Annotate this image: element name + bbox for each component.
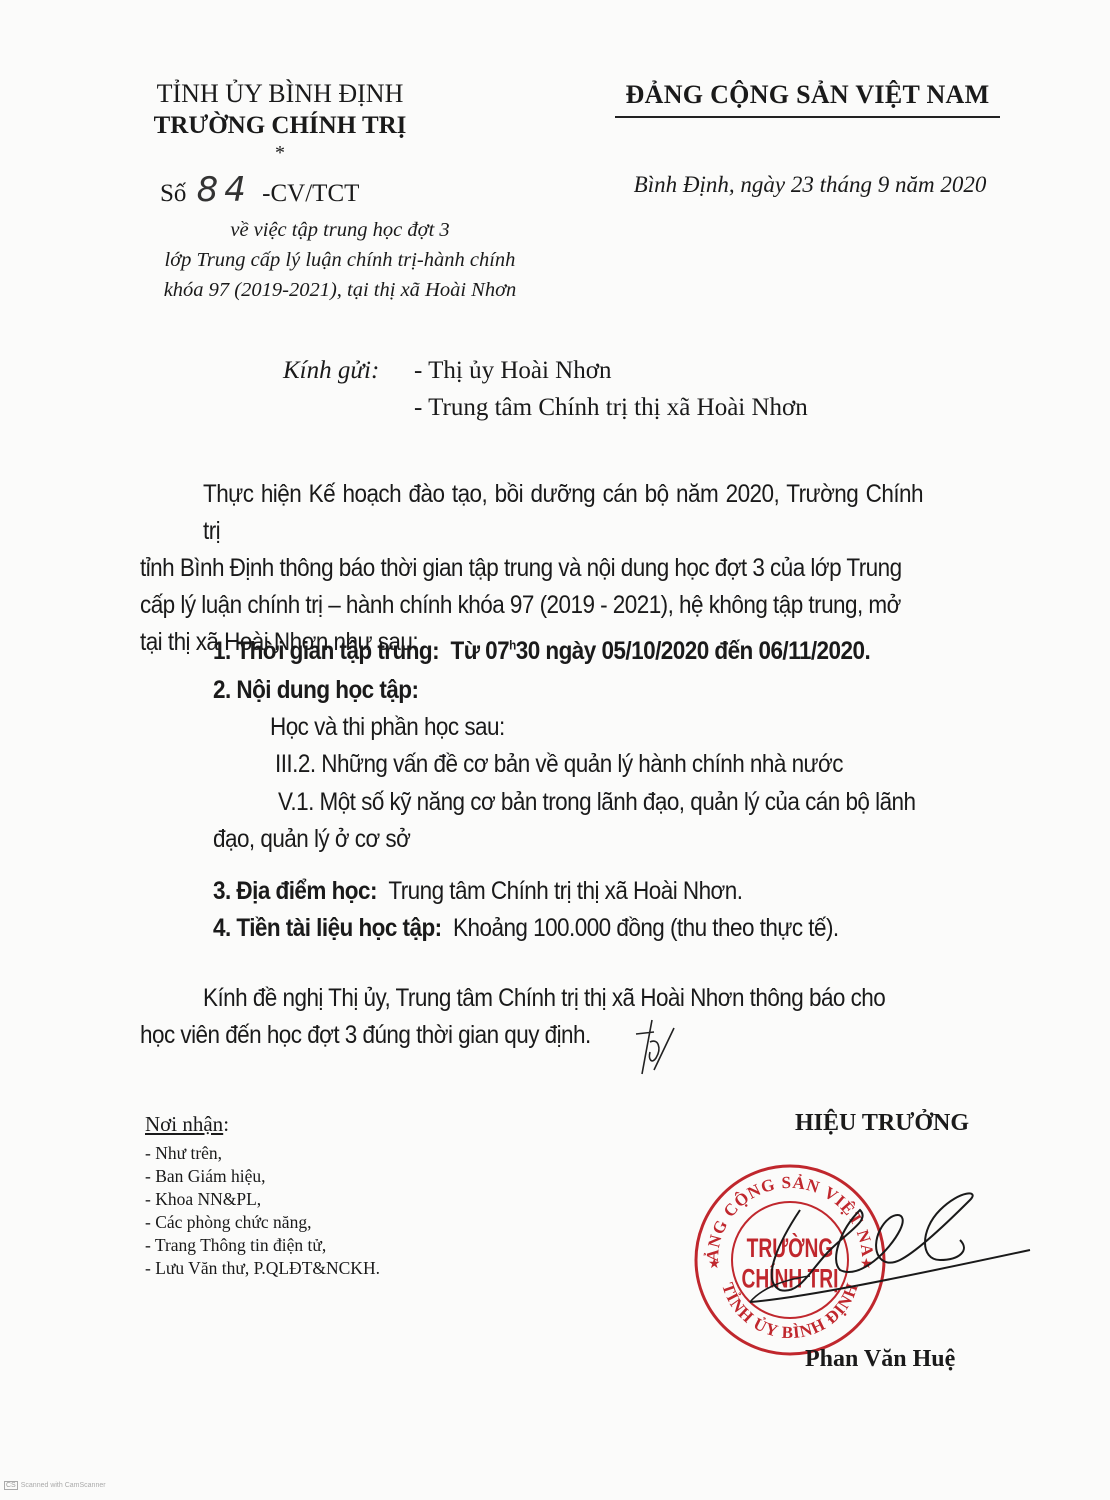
item-time-start: Từ 07 (451, 637, 510, 665)
item-content-label: 2. Nội dung học tập: (213, 676, 418, 705)
item-fee-value: Khoảng 100.000 đồng (thu theo thực tế). (453, 914, 839, 942)
item-location: 3. Địa điểm học: Trung tâm Chính trị thị… (213, 877, 742, 906)
document-date: Bình Định, ngày 23 tháng 9 năm 2020 (600, 172, 1020, 198)
closing-line: học viên đến học đợt 3 đúng thời gian qu… (140, 1017, 923, 1054)
subject-line: lớp Trung cấp lý luận chính trị-hành chí… (120, 245, 560, 275)
recipient-item: - Thị ủy Hoài Nhơn (414, 357, 611, 385)
subject-item-continuation: đạo, quản lý ở cơ sở (213, 825, 410, 854)
stamp-star-left: ★ (708, 1257, 721, 1272)
number-handwritten: 84 (197, 170, 252, 210)
initial-mark-icon (628, 1012, 698, 1082)
document-subject: về việc tập trung học đợt 3 lớp Trung cấ… (120, 215, 560, 305)
subject-line: khóa 97 (2019-2021), tại thị xã Hoài Nhơ… (120, 275, 560, 305)
issuer-block: TỈNH ỦY BÌNH ĐỊNH TRƯỜNG CHÍNH TRỊ * (120, 78, 440, 162)
distribution-item: - Như trên, (145, 1143, 222, 1164)
intro-line: tỉnh Bình Định thông báo thời gian tập t… (140, 550, 923, 587)
recipient-item: - Trung tâm Chính trị thị xã Hoài Nhơn (414, 394, 808, 422)
item-location-label: 3. Địa điểm học: (213, 877, 377, 905)
party-underline (615, 116, 1000, 118)
document-number: Số 84 -CV/TCT (160, 170, 359, 210)
number-suffix: -CV/TCT (262, 180, 359, 207)
item-fee-label: 4. Tiền tài liệu học tập: (213, 914, 442, 942)
distribution-title-text: Nơi nhận (145, 1112, 223, 1136)
party-header: ĐẢNG CỘNG SẢN VIỆT NAM (595, 80, 1020, 118)
issuer-province: TỈNH ỦY BÌNH ĐỊNH (120, 78, 440, 110)
subject-line: về việc tập trung học đợt 3 (120, 215, 560, 245)
subject-item: III.2. Những vấn đề cơ bản về quản lý hà… (275, 750, 843, 779)
star-separator: * (120, 144, 440, 162)
number-prefix: Số (160, 180, 186, 207)
watermark-text: Scanned with CamScanner (21, 1482, 106, 1489)
item-fee: 4. Tiền tài liệu học tập: Khoảng 100.000… (213, 914, 839, 943)
scanner-watermark: CSScanned with CamScanner (4, 1481, 106, 1490)
distribution-item: - Lưu Văn thư, P.QLĐT&NCKH. (145, 1258, 380, 1279)
recipients-label: Kính gửi: (283, 357, 379, 385)
intro-paragraph: Thực hiện Kế hoạch đào tạo, bồi dưỡng cá… (140, 476, 1010, 661)
handwritten-signature-icon (740, 1170, 1040, 1330)
item-time-label: 1. Thời gian tập trung: (213, 637, 439, 665)
distribution-item: - Ban Giám hiệu, (145, 1166, 266, 1187)
distribution-item: - Khoa NN&PL, (145, 1189, 261, 1210)
intro-line: Thực hiện Kế hoạch đào tạo, bồi dưỡng cá… (140, 476, 923, 550)
camscanner-logo-icon: CS (4, 1481, 18, 1490)
item-content-lead: Học và thi phần học sau: (270, 713, 505, 742)
intro-line: cấp lý luận chính trị – hành chính khóa … (140, 587, 923, 624)
signer-name: Phan Văn Huệ (805, 1346, 955, 1373)
subject-item: V.1. Một số kỹ năng cơ bản trong lãnh đạ… (278, 788, 915, 817)
distribution-title: Nơi nhận: (145, 1112, 229, 1137)
issuer-school: TRƯỜNG CHÍNH TRỊ (120, 110, 440, 142)
party-name: ĐẢNG CỘNG SẢN VIỆT NAM (595, 80, 1020, 110)
item-time-end: 30 ngày 05/10/2020 đến 06/11/2020. (516, 637, 870, 665)
closing-paragraph: Kính đề nghị Thị ủy, Trung tâm Chính trị… (140, 980, 1010, 1054)
distribution-item: - Các phòng chức năng, (145, 1212, 311, 1233)
closing-line: Kính đề nghị Thị ủy, Trung tâm Chính trị… (140, 980, 923, 1017)
item-time: 1. Thời gian tập trung: Từ 07h30 ngày 05… (213, 637, 870, 666)
signer-title: HIỆU TRƯỞNG (795, 1110, 969, 1137)
item-location-value: Trung tâm Chính trị thị xã Hoài Nhơn. (388, 877, 742, 905)
distribution-item: - Trang Thông tin điện tử, (145, 1235, 326, 1256)
